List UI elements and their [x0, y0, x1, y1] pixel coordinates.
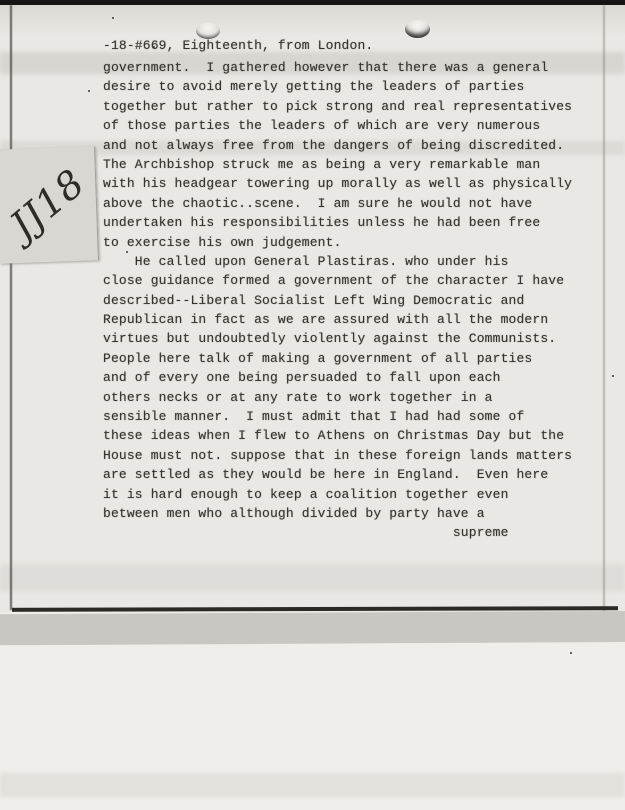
scan-speck: [570, 652, 572, 654]
typewritten-line: government. I gathered however that ther…: [103, 58, 572, 77]
typewritten-line: House must not. suppose that in these fo…: [103, 446, 572, 465]
typewritten-line: are settled as they would be here in Eng…: [103, 465, 572, 484]
typewritten-line: and of every one being persuaded to fall…: [103, 368, 572, 387]
scan-streak: [0, 565, 625, 591]
typewritten-line: together but rather to pick strong and r…: [103, 97, 572, 116]
handwritten-annotation: JJ18: [0, 157, 98, 252]
scanned-document-page: { "document": { "header": "-18-#669, Eig…: [0, 0, 625, 810]
typewritten-line: with his headgear towering up morally as…: [103, 174, 572, 193]
typewritten-line: it is hard enough to keep a coalition to…: [103, 485, 572, 504]
scan-speck: [88, 90, 90, 92]
typewritten-line: described--Liberal Socialist Left Wing D…: [103, 291, 572, 310]
typewritten-line: others necks or at any rate to work toge…: [103, 388, 572, 407]
fastener-mark-left: [196, 23, 220, 39]
typewritten-line: to exercise his own judgement.: [103, 233, 572, 252]
underlying-sheet-band: [0, 611, 625, 645]
fastener-mark-right: [405, 20, 430, 38]
page-header: -18-#669, Eighteenth, from London.: [103, 38, 373, 53]
scan-speck: [112, 17, 114, 19]
typewritten-line: virtues but undoubtedly violently agains…: [103, 329, 572, 348]
typewritten-line: Republican in fact as we are assured wit…: [103, 310, 572, 329]
typewritten-line: The Archbishop struck me as being a very…: [103, 155, 572, 174]
typewritten-line: these ideas when I flew to Athens on Chr…: [103, 426, 572, 445]
typewritten-line: of those parties the leaders of which ar…: [103, 116, 572, 135]
typewritten-line: supreme: [103, 523, 572, 542]
typewritten-body: government. I gathered however that ther…: [103, 58, 572, 543]
archive-tab: JJ18: [0, 146, 99, 263]
page-fold-line-left: [10, 5, 12, 610]
typewritten-line: People here talk of making a government …: [103, 349, 572, 368]
typewritten-line: He called upon General Plastiras. who un…: [103, 252, 572, 271]
typewritten-line: desire to avoid merely getting the leade…: [103, 77, 572, 96]
typewritten-line: close guidance formed a government of th…: [103, 271, 572, 290]
typewritten-line: between men who although divided by part…: [103, 504, 572, 523]
typewritten-line: undertaken his responsibilities unless h…: [103, 213, 572, 232]
scan-speck: [612, 375, 614, 377]
page-fold-line-right: [603, 5, 605, 612]
typewritten-line: sensible manner. I must admit that I had…: [103, 407, 572, 426]
typewritten-line: above the chaotic..scene. I am sure he w…: [103, 194, 572, 213]
typewritten-line: and not always free from the dangers of …: [103, 136, 572, 155]
scan-shadow-band: [0, 773, 625, 797]
